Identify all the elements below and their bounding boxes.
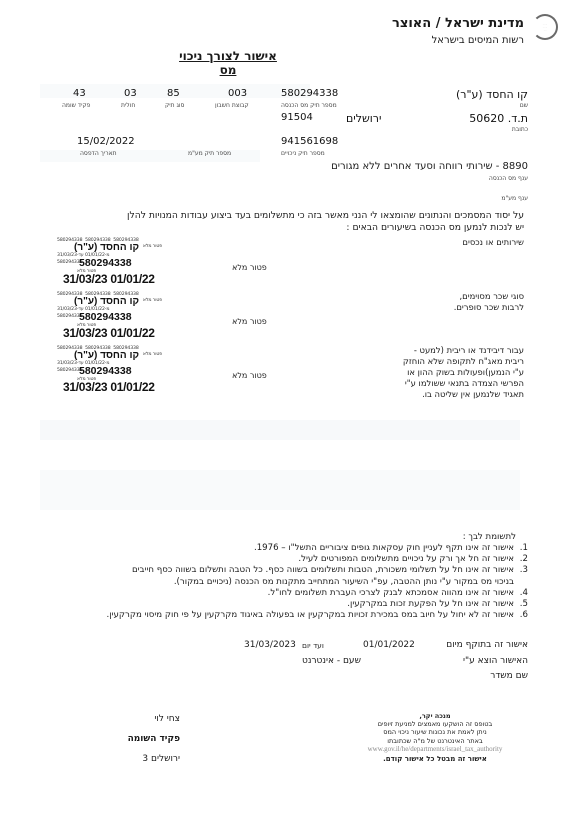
- stamp-micro-rate: פטור מלא: [143, 298, 162, 303]
- issued-by-value: שעם - אינטרנט: [302, 656, 361, 666]
- valid-from-label: אישור זה בתוקף מיום: [446, 640, 528, 650]
- vat-file-label: מספר תיק מע"מ: [188, 150, 231, 157]
- stamp-file-number: 580294338: [79, 365, 132, 377]
- income-tax-file-value: 580294338: [281, 88, 338, 99]
- notes-heading: לתשומת לבך :: [463, 532, 516, 542]
- intro-line-1: על יסוד המסמכים והנתונים שהומצאו לי הנני…: [127, 210, 524, 221]
- branch-value: 03: [124, 88, 137, 99]
- scan-shade: [40, 470, 520, 510]
- note-number: 1.: [520, 543, 528, 554]
- po-box-value: 50620: [469, 112, 504, 125]
- stamp-file-number: 580294338: [79, 311, 132, 323]
- note-text: אישור זה חל אך ורק על ניכויים מתשלומים ה…: [298, 554, 514, 564]
- note-number: 2.: [520, 554, 528, 565]
- income-tax-branch-label: ענף מס הכנסה: [489, 175, 528, 182]
- verification-stamp: 580294338 580294338 580294338 פטור מלא ק…: [57, 238, 162, 292]
- signatory-name: צחי לוי: [130, 714, 180, 724]
- notice-line-2: ניתן לאמת את נכונות שיעור ניכוי המס: [340, 728, 530, 736]
- stamp-valid-to: 31/03/23: [63, 380, 107, 394]
- stamp-micro-rate: פטור מלא: [143, 352, 162, 357]
- valid-from-value: 01/01/2022: [363, 640, 415, 650]
- note-number: 3.: [520, 565, 528, 576]
- stamp-dates: 31/03/23 01/01/22: [63, 272, 155, 286]
- rate-category: שירותים או נכסים: [462, 237, 524, 247]
- stamp-dates: 31/03/23 01/01/22: [63, 380, 155, 394]
- notice-line-3: באתר האינטרנט של מ"ה שכתובתו: [340, 737, 530, 745]
- note-item: 5.אישור זה אינו חל על הפקעת זכות במקרקעי…: [48, 599, 528, 610]
- valid-to-label: ועד יום: [302, 641, 324, 650]
- cancel-previous-notice: אישור זה מבטל כל אישור קודם.: [340, 755, 530, 763]
- ministry-name: מדינת ישראל / האוצר: [392, 16, 524, 31]
- file-type-value: 85: [167, 88, 180, 99]
- stamp-name: קו החסד (ע"ר): [74, 242, 139, 253]
- deductions-file-value: 941561698: [281, 136, 338, 147]
- stamp-dates: 31/03/23 01/01/22: [63, 326, 155, 340]
- note-text: אישור זה אינו חל על תשלומי משכורת, הטבות…: [132, 565, 514, 575]
- anti-forgery-notice: מנכה יקר, בטופס זה הושקעו מאמצים למניעת …: [340, 712, 530, 763]
- vat-branch-label: ענף מע"מ: [501, 195, 528, 202]
- assessing-officer-value: 43: [73, 88, 86, 99]
- rate-category: סוגי שכר מסוימים,: [459, 291, 524, 301]
- note-text: אישור זה לא יחול על חיוב במס במכירת זכוי…: [107, 610, 514, 620]
- zip-code: 91504: [281, 112, 313, 123]
- notes-list: 1.אישור זה אינו תקף לעניין חוק עסקאות גו…: [48, 543, 528, 621]
- stamp-file-number: 580294338: [79, 257, 132, 269]
- income-tax-file-label: מספר תיק מס הכנסה: [281, 102, 337, 109]
- note-item: בניכוי מס במקור ע"י נותן ההטבה, עפ"י השי…: [48, 577, 528, 588]
- rate-category: ע"י הנמען)ופעולות בשוק ההון או: [407, 367, 524, 377]
- verification-stamp: 580294338 580294338 580294338 פטור מלא ק…: [57, 292, 162, 346]
- issued-by-label: האישור הוצא ע"י: [463, 656, 528, 666]
- stamp-name: קו החסד (ע"ר): [74, 296, 139, 307]
- rate-category: עבור דיבידנד או ריבית (למעט -: [414, 345, 524, 355]
- stamp-valid-to: 31/03/23: [63, 272, 107, 286]
- stamp-valid-from: 01/01/22: [110, 380, 154, 394]
- note-item: 6.אישור זה לא יחול על חיוב במס במכירת זכ…: [48, 610, 528, 621]
- note-number: 5.: [520, 599, 528, 610]
- rate-category: תאגיד שלנמען אין שליטה בו.: [422, 389, 524, 399]
- taxpayer-name-label: שם: [520, 102, 528, 109]
- note-text: אישור זה אינו תקף לעניין חוק עסקאות גופי…: [254, 543, 514, 553]
- notice-line-1: בטופס זה הושקעו מאמצים למניעת זיופים: [340, 720, 530, 728]
- state-emblem-seal-icon: · · ·· · ·· ·: [532, 14, 558, 40]
- rate-category: הפרשי הצמדה בתנאי ששולמו ע"י: [405, 378, 524, 388]
- rate-value: פטור מלא: [232, 317, 267, 326]
- rate-value: פטור מלא: [232, 371, 267, 380]
- deductions-file-label: מספר תיק ניכויים: [281, 150, 325, 157]
- note-number: 4.: [520, 588, 528, 599]
- note-number: 6.: [520, 610, 528, 621]
- account-group-label: קבוצת חשבון: [215, 102, 249, 109]
- notice-greeting: מנכה יקר,: [340, 712, 530, 720]
- rate-value: פטור מלא: [232, 263, 267, 272]
- rate-category: לרבות שכר סופרים.: [454, 302, 524, 312]
- branch-label: חולית: [121, 102, 135, 109]
- assessing-officer-label: פקיד שומה: [62, 102, 90, 109]
- authority-name: רשות המיסים בישראל: [432, 35, 524, 46]
- taxpayer-po-box: ת.ד. 50620: [469, 112, 528, 125]
- signatory-title: פקיד השומה: [110, 734, 180, 744]
- stamp-valid-from: 01/01/22: [110, 326, 154, 340]
- note-text: בניכוי מס במקור ע"י נותן ההטבה, עפ"י השי…: [174, 577, 514, 587]
- income-tax-branch-value: 8890 - שירותי רווחה וסעד אחרים ללא מגורי…: [331, 161, 528, 172]
- note-item: 2.אישור זה חל אך ורק על ניכויים מתשלומים…: [48, 554, 528, 565]
- intro-line-2: יש לנכות לנמען מס הכנסה בשיעורים הבאים :: [346, 222, 524, 233]
- print-date-label: תאריך הדפסה: [80, 150, 117, 157]
- signatory-office: ירושלים 3: [110, 754, 180, 764]
- address-label: כתובת: [512, 126, 528, 133]
- account-group-value: 003: [228, 88, 247, 99]
- scan-shade: [40, 420, 520, 440]
- city: ירושלים: [346, 112, 381, 125]
- note-item: 3.אישור זה אינו חל על תשלומי משכורת, הטב…: [48, 565, 528, 576]
- verification-url-link[interactable]: www.gov.il/he/departments/israel_tax_aut…: [340, 745, 530, 753]
- file-type-label: סוג תיק: [165, 102, 184, 109]
- sender-office-label: שם משדר: [490, 671, 528, 681]
- stamp-valid-to: 31/03/23: [63, 326, 107, 340]
- print-date-value: 15/02/2022: [77, 136, 135, 147]
- note-item: 1.אישור זה אינו תקף לעניין חוק עסקאות גו…: [48, 543, 528, 554]
- stamp-micro-rate: פטור מלא: [143, 244, 162, 249]
- note-item: 4.אישור זה אינו מהווה אסמכתא לבנק לצרכי …: [48, 588, 528, 599]
- taxpayer-name: קו החסד (ע"ר): [456, 88, 528, 101]
- note-text: אישור זה אינו חל על הפקעת זכות במקרקעין.: [347, 599, 514, 609]
- document-title: אישור לצורך ניכוי מס: [172, 49, 284, 77]
- stamp-valid-from: 01/01/22: [110, 272, 154, 286]
- note-text: אישור זה אינו מהווה אסמכתא לבנק לצרכי הע…: [268, 588, 514, 598]
- valid-to-value: 31/03/2023: [244, 640, 296, 650]
- stamp-name: קו החסד (ע"ר): [74, 350, 139, 361]
- rate-category: ריבית מאג"ח לתקופה שלא הוחזק: [403, 356, 524, 366]
- verification-stamp: 580294338 580294338 580294338 פטור מלא ק…: [57, 346, 162, 400]
- po-box-label: ת.ד.: [508, 112, 528, 125]
